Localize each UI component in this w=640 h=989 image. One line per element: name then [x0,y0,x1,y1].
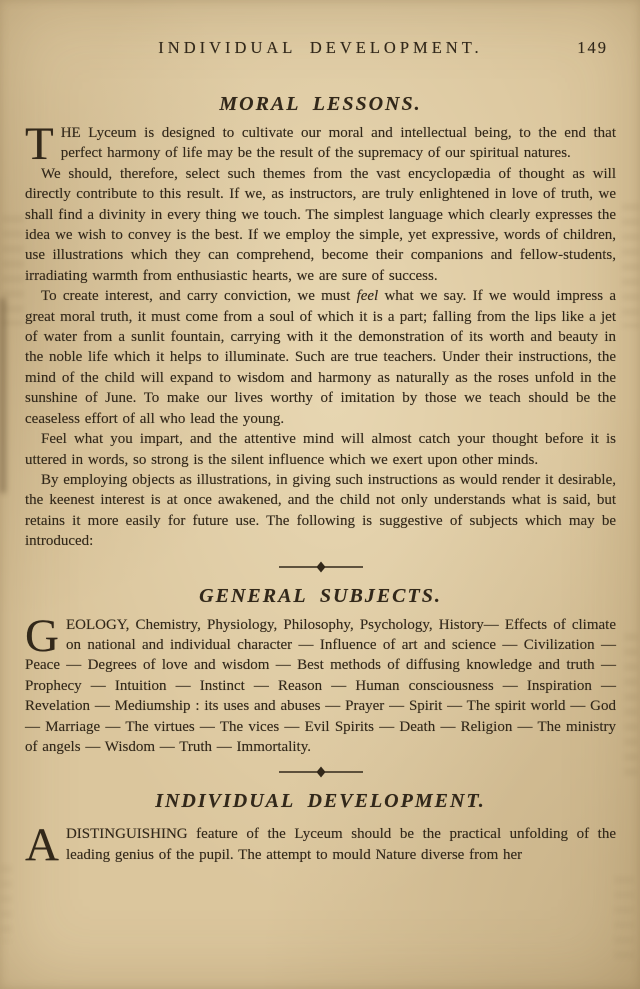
paragraph: ADISTINGUISHING feature of the Lyceum sh… [25,824,616,865]
page-bleedthrough [614,869,634,961]
section-individual-development: INDIVIDUAL DEVELOPMENT. ADISTINGUISHING … [25,790,616,865]
page-bleedthrough [622,196,640,328]
section-heading-general-subjects: GENERAL SUBJECTS. [25,585,616,608]
page-number: 149 [577,38,608,58]
paragraph-text: EOLOGY, Chemistry, Physiology, Philosoph… [25,617,616,755]
paragraph-text: what we say. If we would impress a great… [25,288,616,426]
paragraph: GEOLOGY, Chemistry, Physiology, Philosop… [25,615,616,758]
text-block: INDIVIDUAL DEVELOPMENT. 149 MORAL LESSON… [25,0,616,865]
paragraph: THE Lyceum is designed to cultivate our … [25,123,616,164]
section-heading-individual-development: INDIVIDUAL DEVELOPMENT. [25,790,616,813]
paragraph-text: HE Lyceum is designed to cultivate our m… [61,125,616,161]
page-bleedthrough [0,858,12,942]
dropcap-letter: A [25,824,66,864]
page-bleedthrough [624,626,638,778]
page-header: INDIVIDUAL DEVELOPMENT. 149 [25,38,616,60]
paragraph: To create interest, and carry conviction… [25,286,616,429]
paragraph: We should, therefore, select such themes… [25,164,616,286]
paragraph: By employing objects as illustrations, i… [25,470,616,552]
section-general-subjects: GENERAL SUBJECTS. GEOLOGY, Chemistry, Ph… [25,585,616,758]
page-bleedthrough [2,208,24,326]
emphasized-word: feel [357,288,379,304]
section-moral-lessons: MORAL LESSONS. THE Lyceum is designed to… [25,93,616,552]
paragraph: Feel what you impart, and the attentive … [25,429,616,470]
dropcap-letter: T [25,123,61,163]
book-page: INDIVIDUAL DEVELOPMENT. 149 MORAL LESSON… [0,0,640,989]
dropcap-letter: G [25,615,66,655]
paragraph-text: To create interest, and carry conviction… [41,288,357,304]
diamond-rule-divider-icon [279,766,363,778]
diamond-rule-divider-icon [279,561,363,573]
scan-edge-shadow [0,298,6,493]
section-heading-moral-lessons: MORAL LESSONS. [25,93,616,116]
running-head: INDIVIDUAL DEVELOPMENT. [158,38,482,57]
paragraph-text: DISTINGUISHING feature of the Lyceum sho… [66,826,616,862]
